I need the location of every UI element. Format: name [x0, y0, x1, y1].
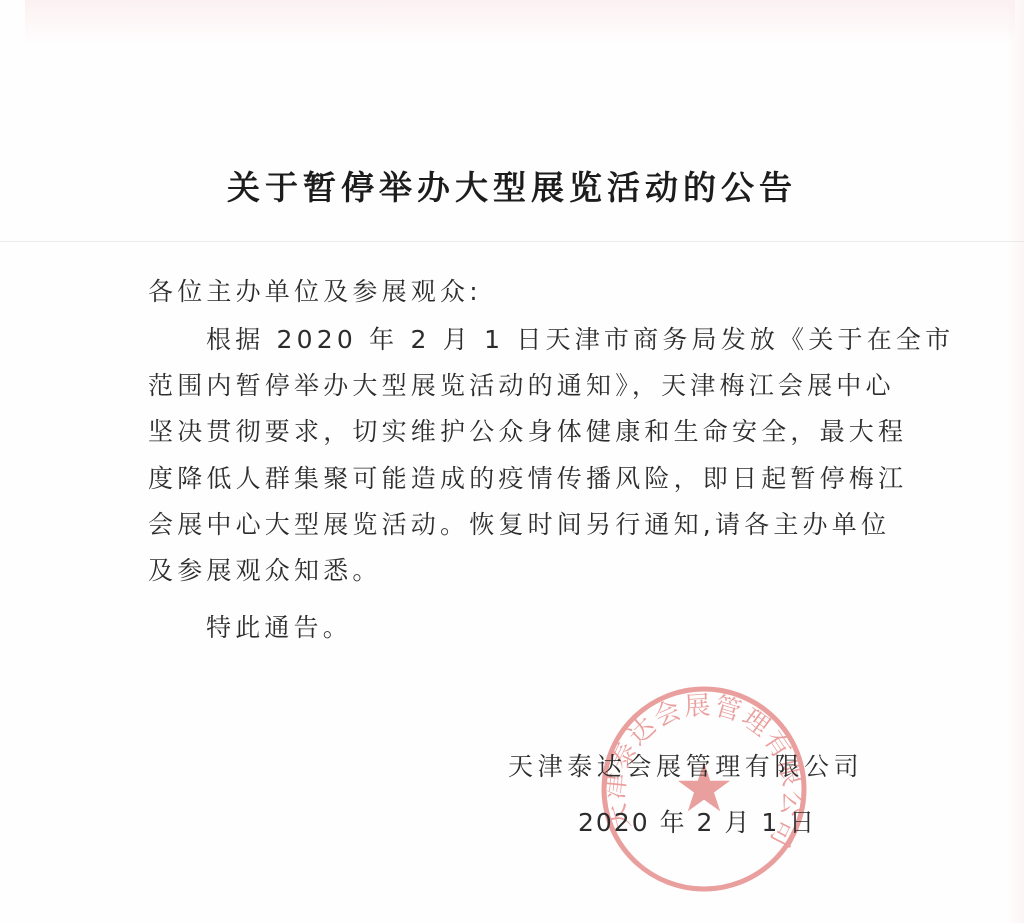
document-page: 关于暂停举办大型展览活动的公告 各位主办单位及参展观众: 根据 2020 年 2… [0, 0, 1024, 923]
document-title: 关于暂停举办大型展览活动的公告 [0, 162, 1024, 209]
closing-text: 特此通告。 [206, 613, 352, 642]
body-line-3: 坚决贯彻要求，切实维护公众身体健康和生命安全，最大程 [148, 412, 878, 448]
scan-tint-top [25, 0, 1015, 45]
salutation: 各位主办单位及参展观众: [148, 272, 878, 308]
body-line-text: 度降低人群集聚可能造成的疫情传播风险，即日起暂停梅江 [148, 464, 907, 493]
body-line-1: 根据 2020 年 2 月 1 日天津市商务局发放《关于在全市 [148, 320, 936, 356]
body-line-6: 及参展观众知悉。 [148, 551, 878, 587]
salutation-text: 各位主办单位及参展观众: [148, 277, 482, 306]
body-line-4: 度降低人群集聚可能造成的疫情传播风险，即日起暂停梅江 [148, 459, 878, 495]
body-line-5: 会展中心大型展览活动。恢复时间另行通知,请各主办单位 [148, 505, 878, 541]
body-line-text: 范围内暂停举办大型展览活动的通知》，天津梅江会展中心 [148, 371, 895, 400]
signature-organization: 天津泰达会展管理有限公司 [508, 747, 863, 783]
signature-date: 2020 年 2 月 1 日 [578, 803, 816, 839]
body-line-2: 范围内暂停举办大型展览活动的通知》，天津梅江会展中心 [148, 366, 878, 402]
company-seal-stamp: 天津泰达会展管理有限公司 ★ [598, 683, 810, 895]
body-line-text: 根据 2020 年 2 月 1 日天津市商务局发放《关于在全市 [206, 325, 954, 354]
scan-tint-right [1006, 0, 1024, 923]
body-line-text: 会展中心大型展览活动。恢复时间另行通知,请各主办单位 [148, 510, 890, 539]
body-line-text: 及参展观众知悉。 [148, 556, 382, 585]
body-line-text: 坚决贯彻要求，切实维护公众身体健康和生命安全，最大程 [148, 417, 907, 446]
closing: 特此通告。 [148, 608, 936, 644]
paper-fold-line [0, 241, 1024, 242]
